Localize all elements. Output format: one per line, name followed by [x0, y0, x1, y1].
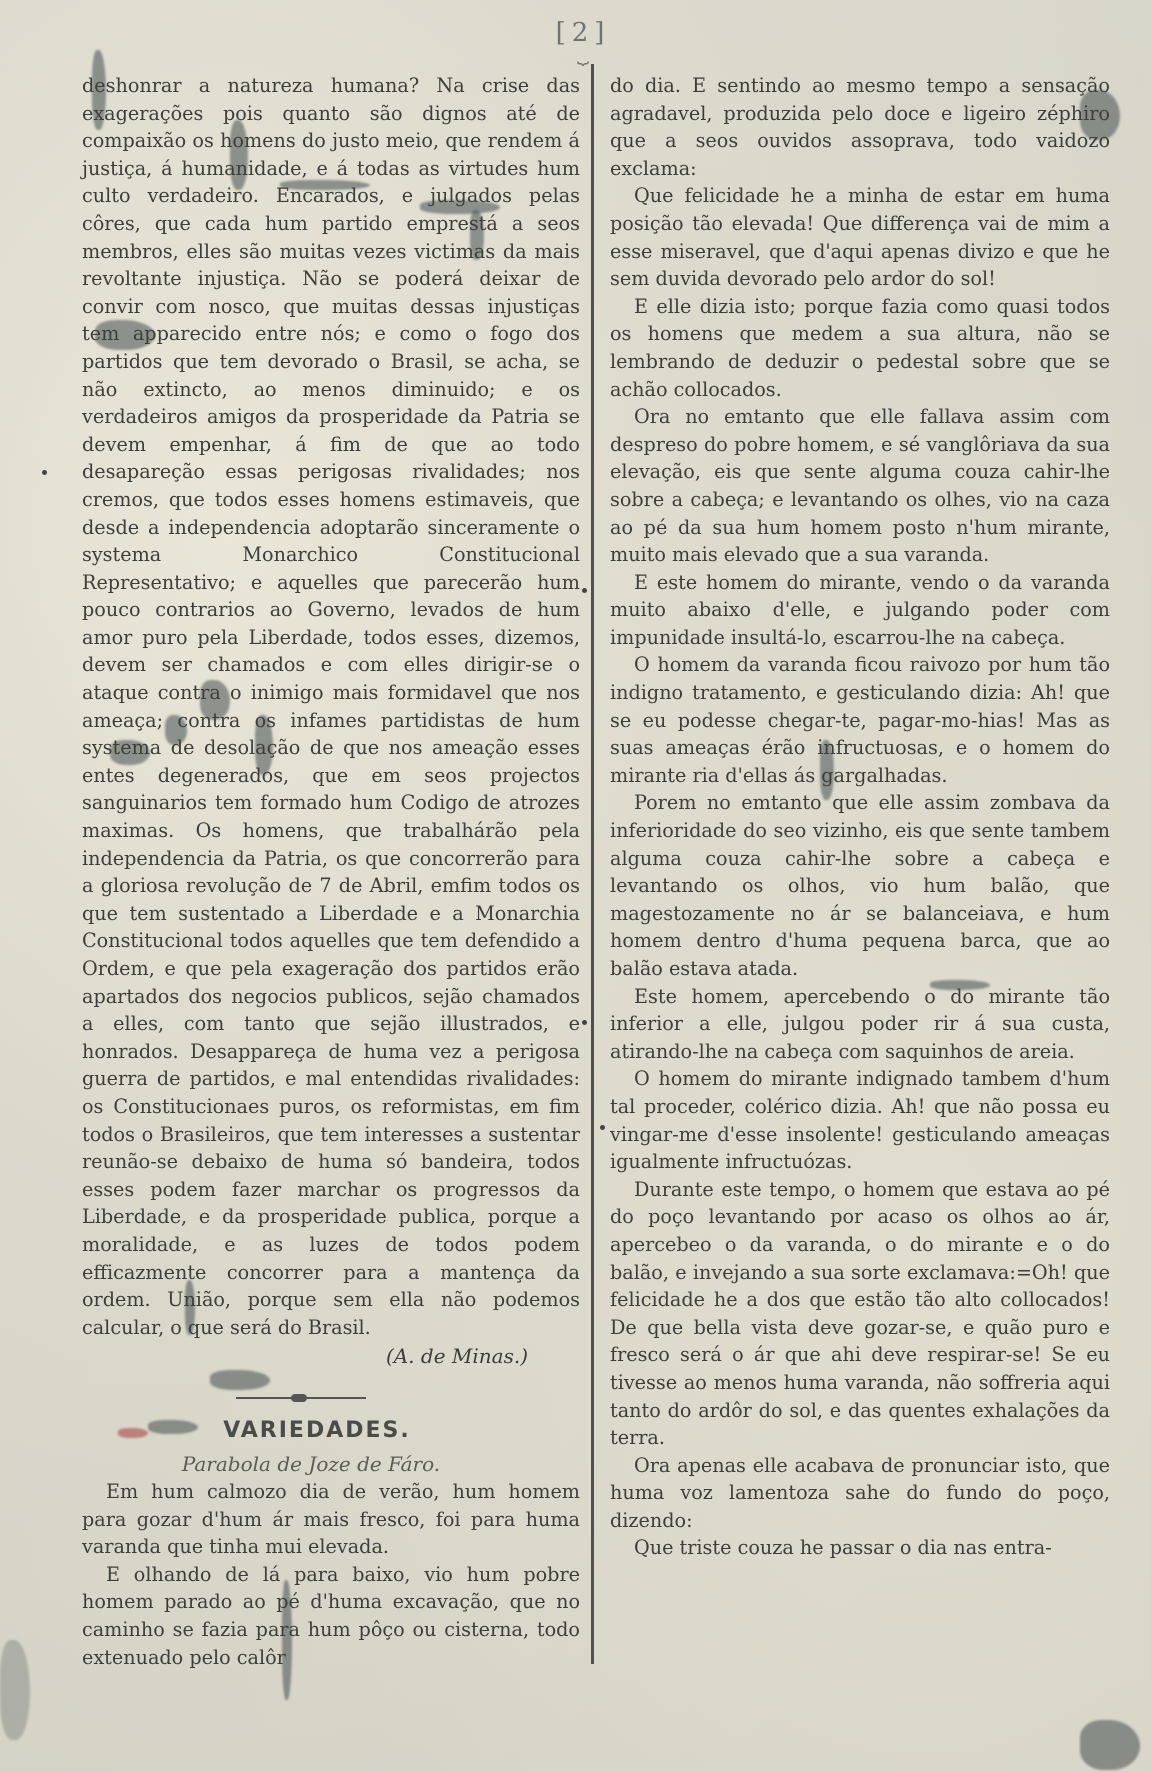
edge-dot — [42, 470, 47, 475]
story-paragraph: E este homem do mirante, vendo o da vara… — [610, 569, 1110, 652]
article-signature: (A. de Minas.) — [82, 1343, 580, 1371]
left-column: deshonrar a natureza humana? Na crise da… — [82, 72, 580, 1671]
story-paragraph: Porem no emtanto que elle assim zombava … — [610, 789, 1110, 982]
ink-stain — [1080, 1720, 1140, 1770]
ornamental-brace: ⏟ — [548, 48, 618, 58]
story-paragraph: Que felicidade he a minha de estar em hu… — [610, 182, 1110, 292]
page-number: [2] ⏟ — [548, 18, 618, 58]
edge-dot — [582, 1020, 587, 1025]
story-paragraph: Este homem, apercebendo o do mirante tão… — [610, 983, 1110, 1066]
story-paragraph: E elle dizia isto; porque fazia como qua… — [610, 293, 1110, 403]
story-paragraph: do dia. E sentindo ao mesmo tempo a sens… — [610, 72, 1110, 182]
newspaper-page: [2] ⏟ deshonrar a natureza humana? Na cr… — [0, 0, 1151, 1772]
story-paragraph: Em hum calmozo dia de verão, hum homem p… — [82, 1478, 580, 1561]
story-paragraph: Ora apenas elle acabava de pronunciar is… — [610, 1452, 1110, 1535]
ink-stain — [0, 1640, 30, 1740]
story-paragraph: Que triste couza he passar o dia nas ent… — [610, 1534, 1110, 1562]
section-divider-ornament — [236, 1397, 366, 1399]
right-column: do dia. E sentindo ao mesmo tempo a sens… — [610, 72, 1110, 1562]
story-paragraph: Durante este tempo, o homem que estava a… — [610, 1176, 1110, 1452]
story-paragraph: E olhando de lá para baixo, vio hum pobr… — [82, 1561, 580, 1671]
story-paragraph: O homem da varanda ficou raivozo por hum… — [610, 651, 1110, 789]
story-paragraph: O homem do mirante indignado tambem d'hu… — [610, 1065, 1110, 1175]
edge-dot — [582, 588, 587, 593]
section-title: VARIEDADES. — [54, 1417, 580, 1445]
edge-dot — [600, 1125, 605, 1130]
column-divider — [591, 64, 594, 1664]
story-paragraph: Ora no emtanto que elle fallava assim co… — [610, 403, 1110, 569]
editorial-paragraph: deshonrar a natureza humana? Na crise da… — [82, 72, 580, 1341]
section-subtitle: Parabola de Joze de Fáro. — [42, 1451, 580, 1479]
